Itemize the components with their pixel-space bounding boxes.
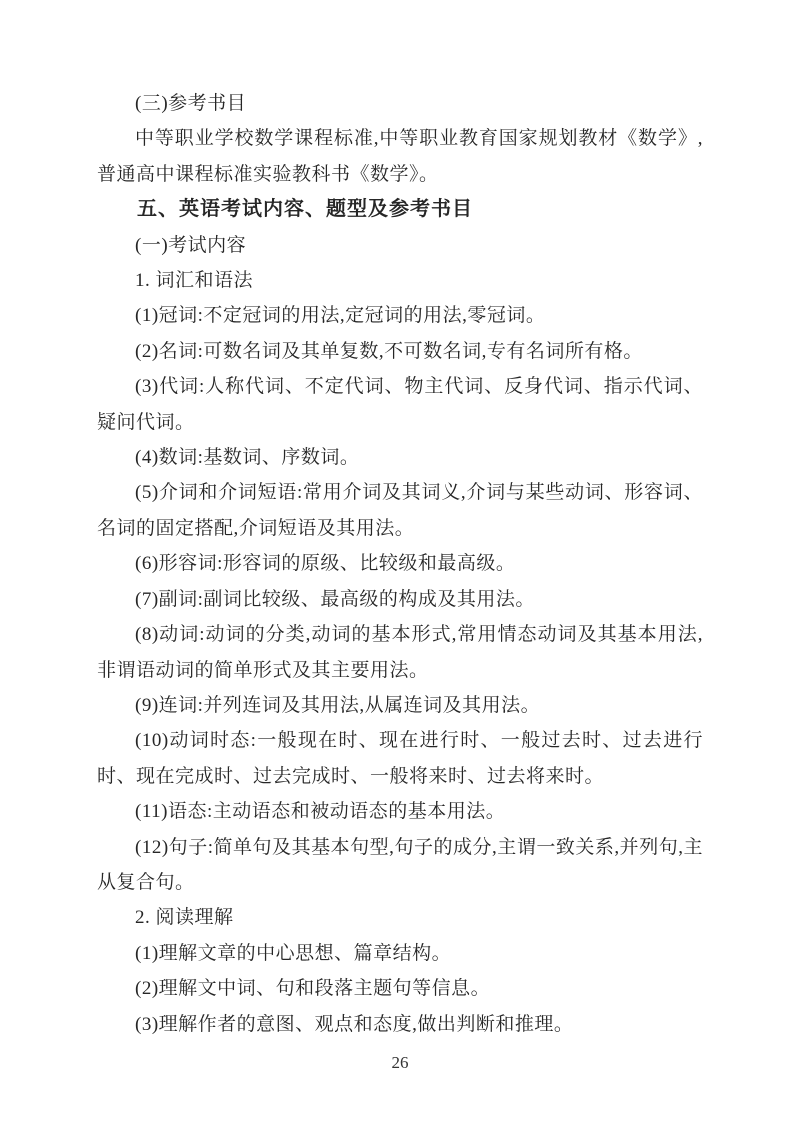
paragraph: 1. 词汇和语法 [97, 263, 703, 298]
section-heading: 五、英语考试内容、题型及参考书目 [97, 192, 703, 227]
paragraph: (9)连词:并列连词及其用法,从属连词及其用法。 [97, 688, 703, 723]
document-page: (三)参考书目中等职业学校数学课程标准,中等职业教育国家规划教材《数学》,普通高… [0, 0, 800, 1131]
paragraph: (10)动词时态:一般现在时、现在进行时、一般过去时、过去进行时、现在完成时、过… [97, 723, 703, 794]
paragraph: (三)参考书目 [97, 86, 703, 121]
paragraph: (11)语态:主动语态和被动语态的基本用法。 [97, 794, 703, 829]
paragraph: (2)理解文中词、句和段落主题句等信息。 [97, 971, 703, 1006]
paragraph: (一)考试内容 [97, 228, 703, 263]
paragraph: 中等职业学校数学课程标准,中等职业教育国家规划教材《数学》,普通高中课程标准实验… [97, 121, 703, 192]
page-number: 26 [0, 1053, 800, 1073]
paragraph: (1)冠词:不定冠词的用法,定冠词的用法,零冠词。 [97, 298, 703, 333]
paragraph: (3)代词:人称代词、不定代词、物主代词、反身代词、指示代词、疑问代词。 [97, 369, 703, 440]
paragraph: (12)句子:简单句及其基本句型,句子的成分,主谓一致关系,并列句,主从复合句。 [97, 830, 703, 901]
paragraph: 2. 阅读理解 [97, 900, 703, 935]
paragraph: (6)形容词:形容词的原级、比较级和最高级。 [97, 546, 703, 581]
paragraph: (4)数词:基数词、序数词。 [97, 440, 703, 475]
paragraph: (7)副词:副词比较级、最高级的构成及其用法。 [97, 582, 703, 617]
paragraph: (8)动词:动词的分类,动词的基本形式,常用情态动词及其基本用法,非谓语动词的简… [97, 617, 703, 688]
paragraph: (1)理解文章的中心思想、篇章结构。 [97, 936, 703, 971]
paragraph: (3)理解作者的意图、观点和态度,做出判断和推理。 [97, 1007, 703, 1042]
paragraph: (5)介词和介词短语:常用介词及其词义,介词与某些动词、形容词、名词的固定搭配,… [97, 475, 703, 546]
paragraph: (2)名词:可数名词及其单复数,不可数名词,专有名词所有格。 [97, 334, 703, 369]
document-body: (三)参考书目中等职业学校数学课程标准,中等职业教育国家规划教材《数学》,普通高… [97, 86, 703, 1042]
